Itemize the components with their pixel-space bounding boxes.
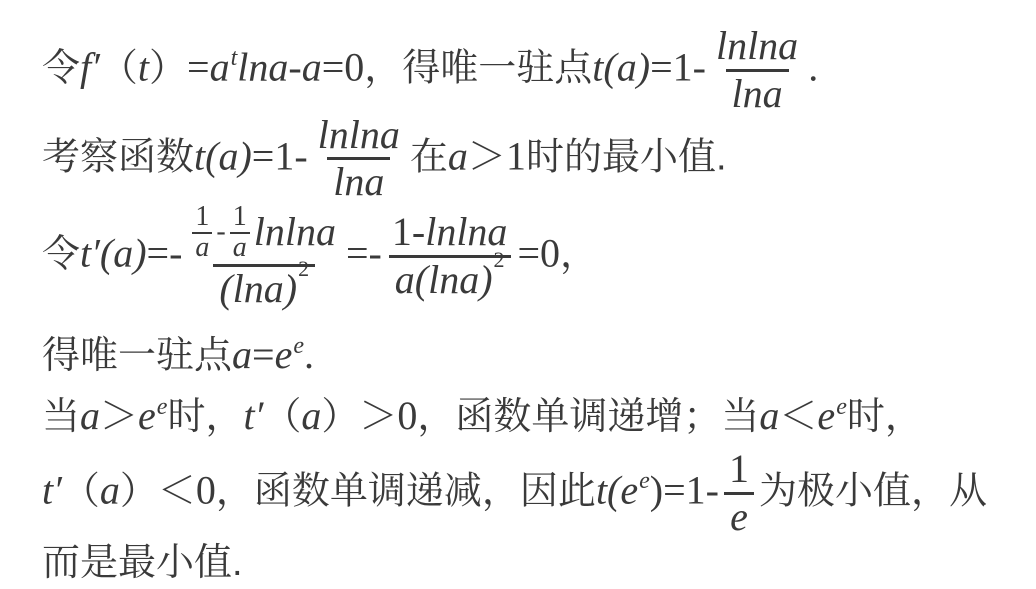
- math-expression: (lna): [219, 269, 297, 310]
- math-solution-document: 令f′（t）=atlna-a=0，得唯一驻点t(a)=1-lnlnalna. 考…: [0, 0, 1036, 587]
- math-line-3: 令t′(a)=-1a-1alnlna(lna)2=-1-lnlnaa(lna)2…: [42, 203, 1028, 310]
- fraction-denominator: a(lna)2: [389, 255, 511, 301]
- cn-text: ，函数单调递减，因此: [216, 470, 596, 512]
- fraction: lnlnalna: [710, 26, 804, 115]
- math-line-1: 令f′（t）=atlna-a=0，得唯一驻点t(a)=1-lnlnalna.: [42, 26, 1028, 115]
- fraction-numerator: lnlna: [312, 115, 406, 158]
- small-fraction-numerator: 1: [192, 203, 212, 232]
- math-line-4: 得唯一驻点a=ee.: [42, 330, 1028, 381]
- less-than-sign: ＜: [158, 470, 196, 512]
- cn-comma: ，: [560, 234, 598, 276]
- superscript: 2: [298, 258, 309, 280]
- math-var: a: [80, 393, 100, 438]
- greater-than-sign: ＞: [359, 396, 397, 438]
- math-var: a: [232, 332, 252, 377]
- minus-sign: -: [216, 218, 225, 247]
- math-line-2: 考察函数t(a)=1-lnlnalna在a＞1时的最小值.: [42, 115, 1028, 204]
- superscript: t: [231, 45, 238, 71]
- cn-text: 令: [42, 234, 80, 276]
- math-function: t(e: [596, 467, 638, 512]
- math-expression: lna-a: [237, 44, 321, 89]
- math-function: t(a): [592, 44, 650, 89]
- big-fraction: 1a-1alnlna(lna)2: [186, 203, 342, 310]
- superscript: e: [639, 468, 650, 494]
- small-fraction: 1a: [192, 203, 212, 262]
- superscript: e: [157, 394, 168, 420]
- fraction-denominator: e: [724, 492, 754, 538]
- math-roman: )=1-: [650, 467, 719, 512]
- less-than-sign: ＜: [779, 396, 817, 438]
- math-text: lnlna: [254, 212, 336, 253]
- fullwidth-paren-open: （: [62, 470, 100, 512]
- math-var: a: [301, 393, 321, 438]
- math-var: a: [759, 393, 779, 438]
- fraction: 1e: [723, 449, 755, 538]
- cn-text: ，函数单调递增；当: [417, 396, 759, 438]
- fraction-denominator: lna: [726, 69, 789, 115]
- fraction-numerator: 1a-1alnlna: [186, 203, 342, 264]
- fraction-denominator: (lna)2: [213, 264, 315, 310]
- cn-text: 得唯一驻点: [42, 335, 232, 377]
- math-line-7: 而是最小值.: [42, 540, 1028, 588]
- math-roman: =1-: [650, 44, 706, 89]
- superscript: e: [293, 333, 304, 359]
- equals-minus: =-: [147, 231, 183, 276]
- small-fraction-denominator: a: [192, 232, 212, 263]
- cn-text: 时，: [167, 396, 243, 438]
- fullwidth-paren-open: （: [263, 396, 301, 438]
- equals-zero: =0: [517, 231, 560, 276]
- small-fraction-numerator: 1: [230, 203, 250, 232]
- math-function: t′: [243, 393, 263, 438]
- math-var: a: [210, 44, 230, 89]
- small-fraction-denominator: a: [230, 232, 250, 263]
- math-number: 1: [506, 133, 526, 178]
- fullwidth-paren-open: （: [100, 47, 138, 89]
- fullwidth-paren-close: ）: [120, 470, 158, 512]
- cn-text: 令: [42, 47, 80, 89]
- period: .: [808, 44, 818, 89]
- greater-than-sign: ＞: [468, 136, 506, 178]
- math-line-5: 当a＞ee时，t′（a）＞0，函数单调递增；当a＜ee时，: [42, 391, 1028, 442]
- math-expression: a(lna): [395, 260, 493, 301]
- small-fraction: 1a: [230, 203, 250, 262]
- cn-text: 当: [42, 396, 80, 438]
- fraction: 1-lnlnaa(lna)2: [386, 212, 514, 301]
- equals-sign: =: [187, 44, 210, 89]
- cn-text: 为极小值，从: [759, 470, 987, 512]
- math-var: a: [100, 467, 120, 512]
- math-number: 1-: [392, 212, 425, 253]
- math-function: t(a): [194, 133, 252, 178]
- cn-text: 时的最小值.: [526, 136, 727, 178]
- fullwidth-paren-close: ）: [321, 396, 359, 438]
- math-function: t′(a): [80, 231, 147, 276]
- math-var: e: [138, 393, 156, 438]
- superscript: 2: [494, 249, 505, 271]
- fraction: lnlnalna: [312, 115, 406, 204]
- equals-minus: =-: [346, 231, 382, 276]
- cn-text: 时，: [847, 396, 923, 438]
- fraction-numerator: lnlna: [710, 26, 804, 69]
- math-function: f′: [80, 44, 100, 89]
- math-var: e: [817, 393, 835, 438]
- fraction-numerator: 1: [723, 449, 755, 492]
- cn-text: ，得唯一驻点: [364, 47, 592, 89]
- math-var: a: [448, 133, 468, 178]
- greater-than-sign: ＞: [100, 396, 138, 438]
- math-line-6: t′（a）＜0，函数单调递减，因此t(ee)=1-1e为极小值，从: [42, 449, 1028, 538]
- math-number: 0: [397, 393, 417, 438]
- fullwidth-paren-close: ）: [149, 47, 187, 89]
- cn-text: 在: [410, 136, 448, 178]
- equals-sign: =: [252, 332, 275, 377]
- period: .: [304, 332, 314, 377]
- superscript: e: [836, 394, 847, 420]
- math-function: t′: [42, 467, 62, 512]
- equals-zero: =0: [322, 44, 365, 89]
- math-roman: =1-: [252, 133, 308, 178]
- cn-text: 而是最小值.: [42, 542, 243, 584]
- math-var: e: [275, 332, 293, 377]
- math-var: t: [138, 44, 149, 89]
- cn-text: 考察函数: [42, 136, 194, 178]
- math-number: 0: [196, 467, 216, 512]
- fraction-denominator: lna: [327, 157, 390, 203]
